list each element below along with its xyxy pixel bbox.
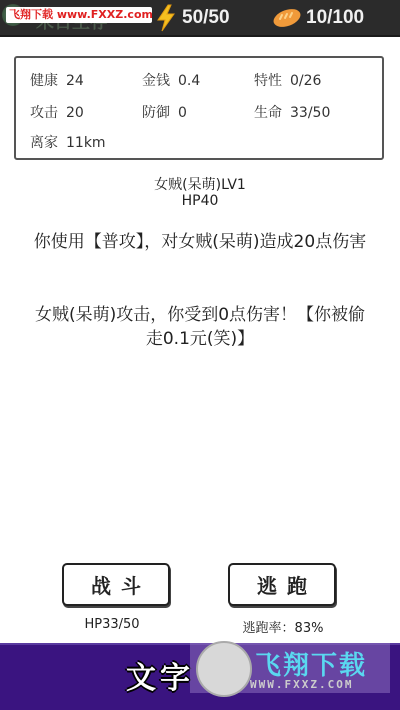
bread-icon [272,7,302,29]
flee-button[interactable]: 逃跑 [228,563,336,606]
stat-attack: 攻击20 [30,102,84,122]
stat-life: 生命33/50 [254,102,330,122]
footer-title: 文字 [126,653,194,697]
watermark-logo-icon [196,641,252,697]
battle-log-entry: 你使用【普攻】，对女贼(呆萌)造成20点伤害 [30,230,370,254]
lightning-icon [154,4,178,32]
player-stats-panel: 健康24 金钱0.4 特性0/26 攻击20 防御0 生命33/50 离家11k… [14,56,384,160]
stat-money: 金钱0.4 [142,70,200,90]
enemy-hp: HP40 [0,193,400,209]
battle-log-entry: 女贼(呆萌)攻击，你受到0点伤害！【你被偷走0.1元(笑)】 [30,303,370,351]
top-status-bar: 末日生存 飞翔下载 www.FXXZ.com 50/50 10/100 [0,0,400,37]
watermark-url: WWW.FXXZ.COM [250,678,353,691]
watermark-text: 飞翔下载 [255,645,367,682]
enemy-name: 女贼(呆萌)LV1 [0,174,400,194]
energy-value: 50/50 [182,7,230,29]
energy-counter: 50/50 [154,4,230,32]
food-counter: 10/100 [272,4,364,32]
stat-distance: 离家11km [30,132,106,152]
stat-health: 健康24 [30,70,84,90]
food-value: 10/100 [306,7,364,29]
stat-defense: 防御0 [142,102,187,122]
flee-rate-label: 逃跑率：83% [213,617,353,636]
player-hp-label: HP33/50 [42,617,182,632]
fight-button[interactable]: 战斗 [62,563,170,606]
watermark-banner: 飞翔下载 www.FXXZ.com [6,7,152,23]
stat-traits: 特性0/26 [254,70,321,90]
